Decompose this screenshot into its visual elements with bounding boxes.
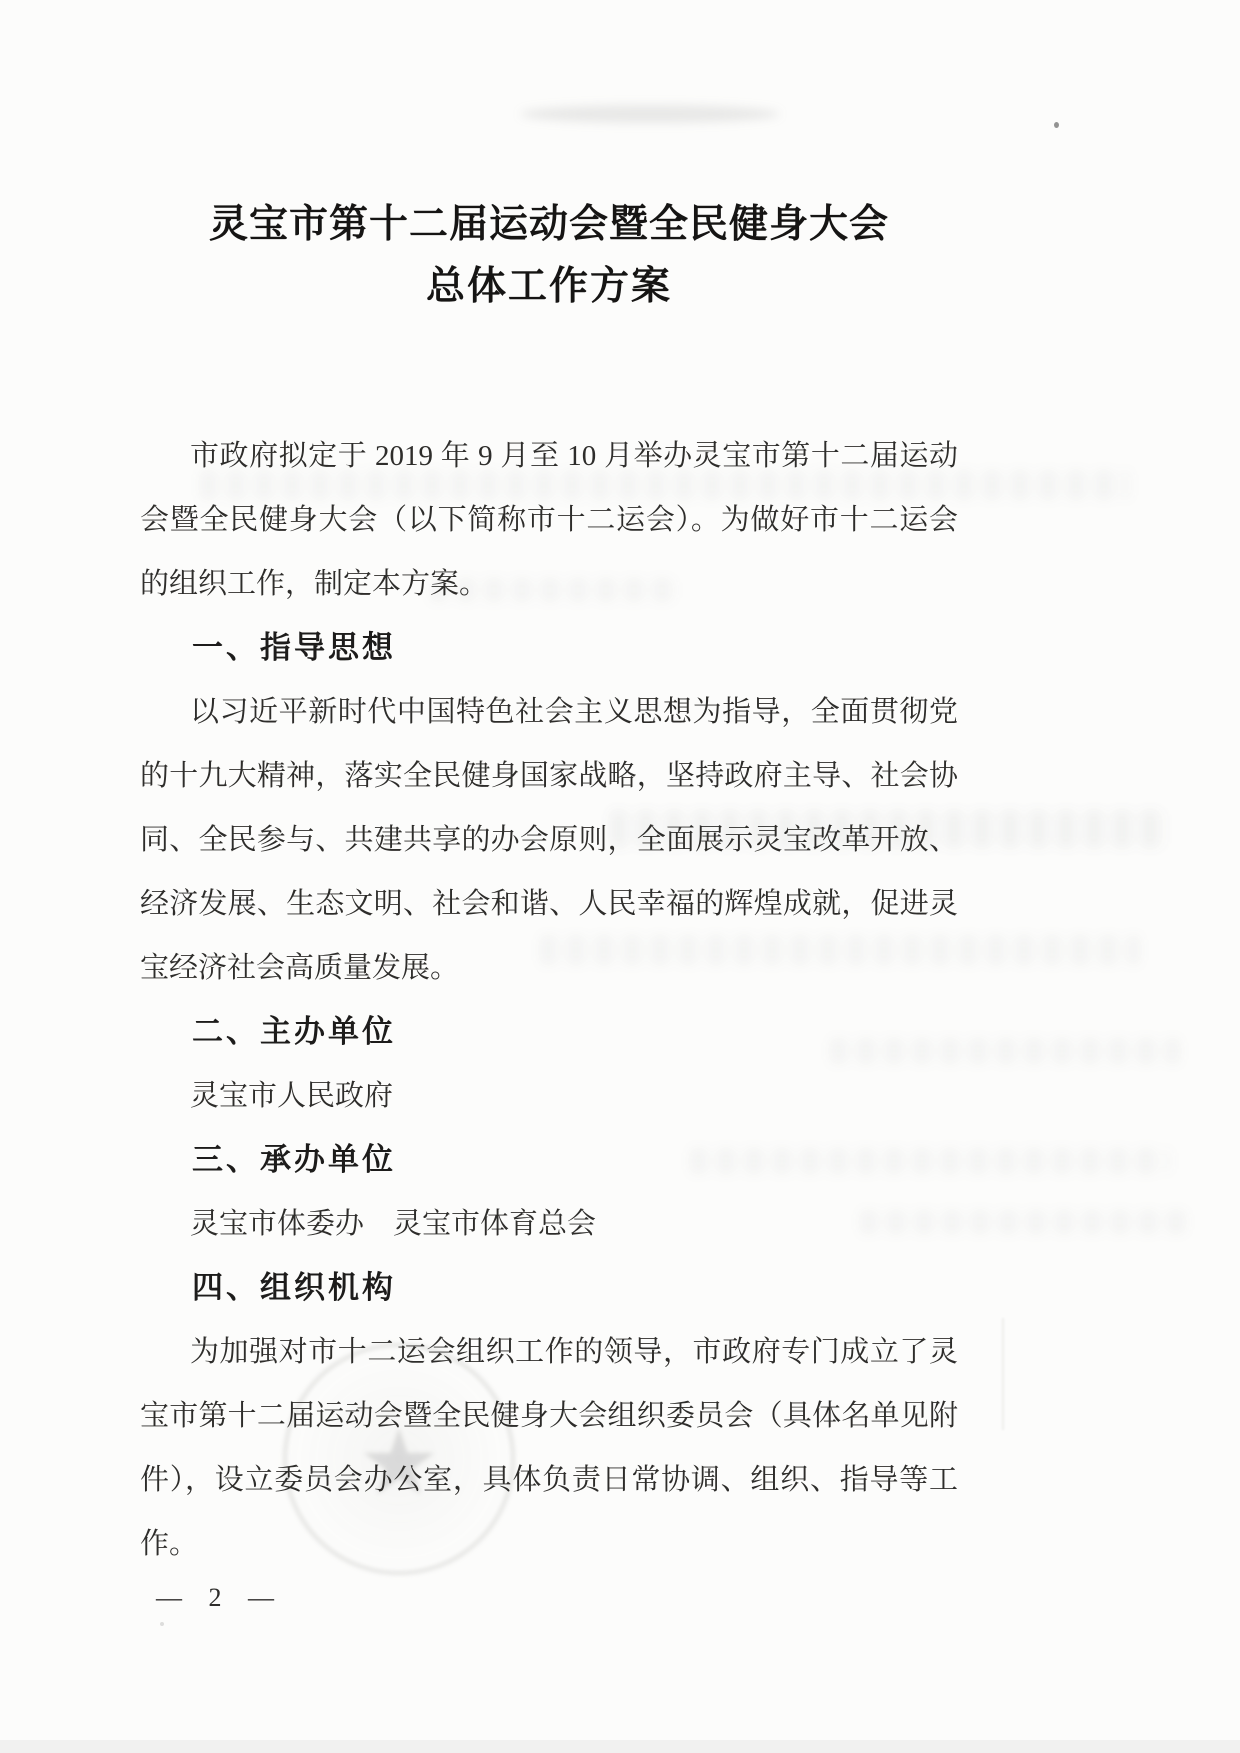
guiding-ideology-paragraph: 以习近平新时代中国特色社会主义思想为指导，全面贯彻党 的十九大精神，落实全民健身… — [140, 680, 958, 1000]
scanned-document-page: ★ 灵宝市第十二届运动会暨全民健身大会 总体工作方案 市政府拟定于 2019 年… — [0, 0, 1240, 1753]
intro-paragraph: 市政府拟定于 2019 年 9 月至 10 月举办灵宝市第十二届运动 会暨全民健… — [140, 424, 958, 616]
text-line: 的组织工作，制定本方案。 — [140, 552, 958, 616]
text-line: 件），设立委员会办公室，具体负责日常协调、组织、指导等工 — [140, 1448, 958, 1512]
organizer-unit-paragraph: 灵宝市体委办 灵宝市体育总会 — [140, 1192, 958, 1256]
text-line: 灵宝市人民政府 — [140, 1064, 958, 1128]
scan-edge-shadow — [0, 1740, 1240, 1753]
scan-crease-line — [1002, 1318, 1004, 1430]
text-line: 市政府拟定于 2019 年 9 月至 10 月举办灵宝市第十二届运动 — [140, 424, 958, 488]
text-line: 同、全民参与、共建共享的办会原则，全面展示灵宝改革开放、 — [140, 808, 958, 872]
text-line: 为加强对市十二运会组织工作的领导，市政府专门成立了灵 — [140, 1320, 958, 1384]
section-heading-guiding-ideology: 一、指导思想 — [140, 616, 958, 680]
document-content: 灵宝市第十二届运动会暨全民健身大会 总体工作方案 市政府拟定于 2019 年 9… — [140, 0, 958, 1616]
text-line: 作。 — [140, 1512, 958, 1576]
organization-structure-paragraph: 为加强对市十二运会组织工作的领导，市政府专门成立了灵 宝市第十二届运动会暨全民健… — [140, 1320, 958, 1576]
text-line: 以习近平新时代中国特色社会主义思想为指导，全面贯彻党 — [140, 680, 958, 744]
section-heading-organizer-unit: 三、承办单位 — [140, 1128, 958, 1192]
page-number: — 2 — — [140, 1580, 958, 1616]
document-title-line-2: 总体工作方案 — [140, 260, 958, 314]
document-title-line-1: 灵宝市第十二届运动会暨全民健身大会 — [140, 198, 958, 252]
text-line: 宝经济社会高质量发展。 — [140, 936, 958, 1000]
section-heading-host-unit: 二、主办单位 — [140, 1000, 958, 1064]
text-line: 会暨全民健身大会（以下简称市十二运会）。为做好市十二运会 — [140, 488, 958, 552]
text-line: 宝市第十二届运动会暨全民健身大会组织委员会（具体名单见附 — [140, 1384, 958, 1448]
ink-speck — [160, 1622, 164, 1626]
text-line: 灵宝市体委办 灵宝市体育总会 — [140, 1192, 958, 1256]
text-line: 经济发展、生态文明、社会和谐、人民幸福的辉煌成就，促进灵 — [140, 872, 958, 936]
section-heading-organization-structure: 四、组织机构 — [140, 1256, 958, 1320]
host-unit-paragraph: 灵宝市人民政府 — [140, 1064, 958, 1128]
text-line: 的十九大精神，落实全民健身国家战略，坚持政府主导、社会协 — [140, 744, 958, 808]
ink-speck — [1054, 122, 1059, 128]
